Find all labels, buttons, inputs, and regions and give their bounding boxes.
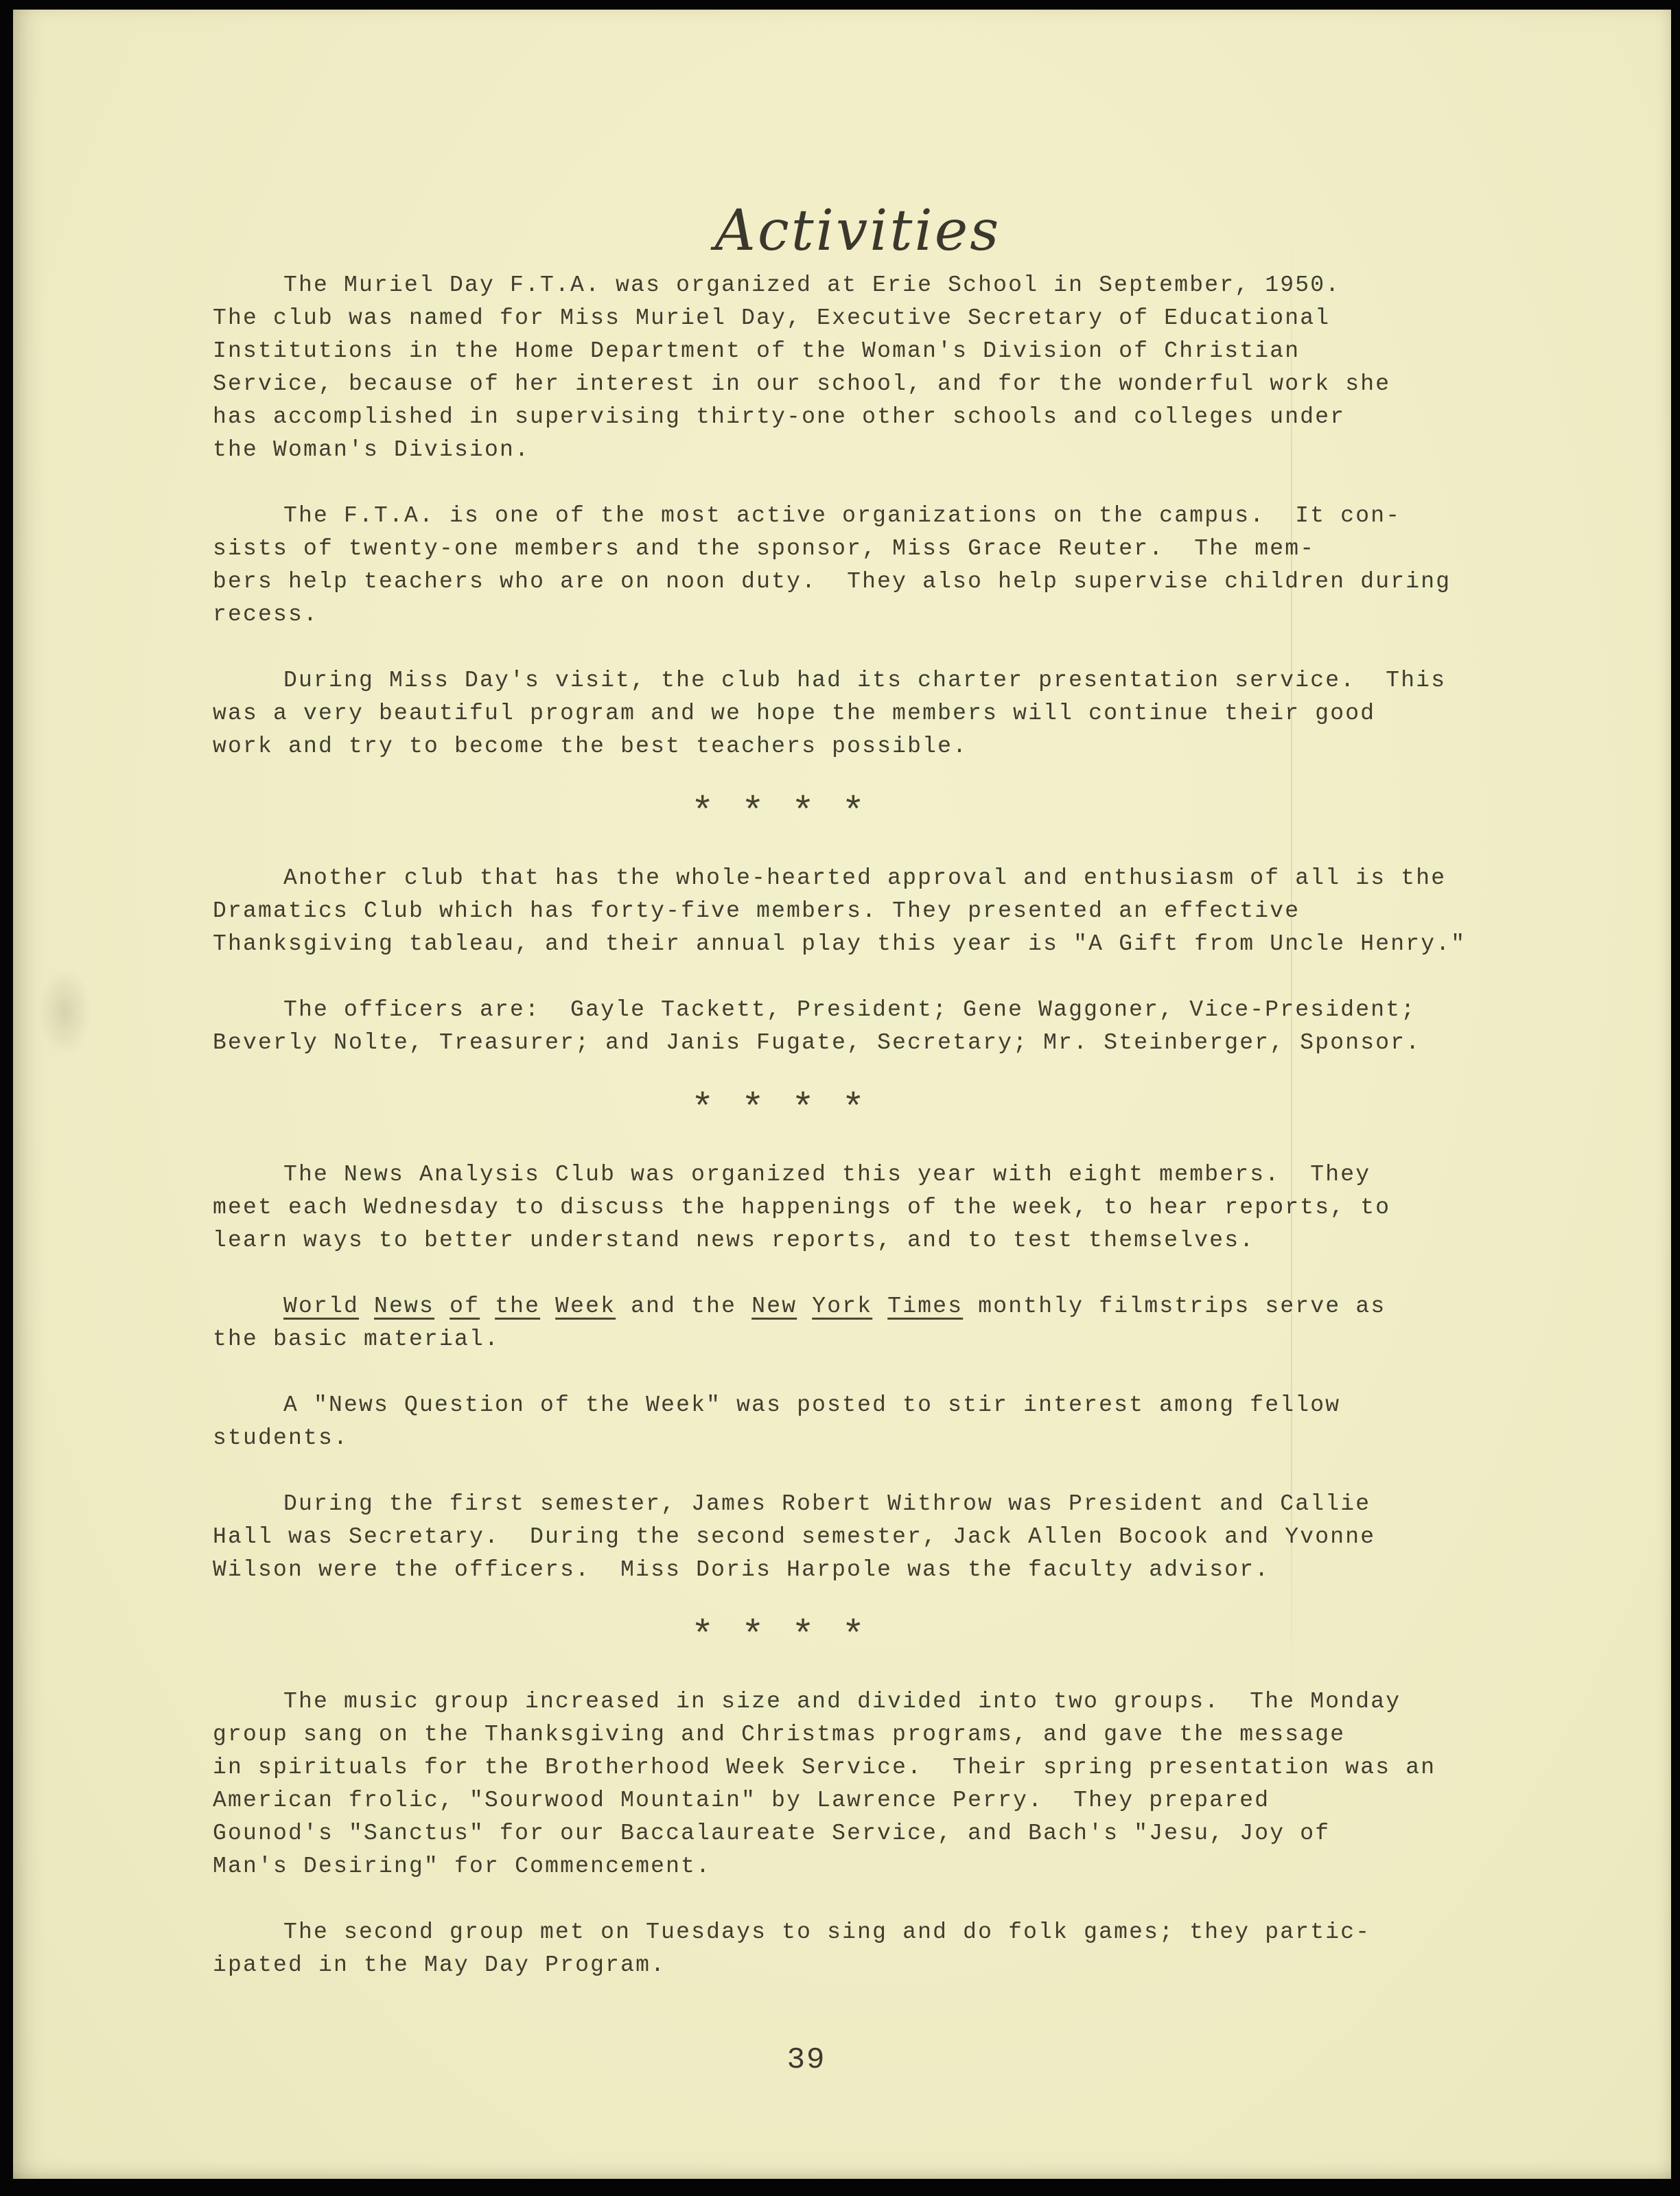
text-run (359, 1294, 374, 1319)
text-run (872, 1294, 887, 1319)
page-body: The Muriel Day F.T.A. was organized at E… (213, 269, 1503, 1982)
page-number: 39 (161, 2044, 1451, 2077)
section-separator: * * * * (134, 796, 1424, 829)
text-run (480, 1294, 495, 1319)
paragraph: World News of the Week and the New York … (213, 1290, 1503, 1356)
section-separator: * * * * (134, 1093, 1424, 1125)
paragraph: The Muriel Day F.T.A. was organized at E… (213, 269, 1503, 467)
paragraph: The officers are: Gayle Tackett, Preside… (213, 994, 1503, 1060)
underlined-text: Week (555, 1294, 616, 1319)
paper-smudge (27, 950, 102, 1073)
paragraph: The News Analysis Club was organized thi… (213, 1158, 1503, 1257)
paragraph: A "News Question of the Week" was posted… (213, 1389, 1503, 1455)
paragraph: The second group met on Tuesdays to sing… (213, 1916, 1503, 1982)
underlined-text: of (450, 1294, 480, 1319)
text-run (797, 1294, 812, 1319)
text-run (434, 1294, 450, 1319)
underlined-text: New (751, 1294, 797, 1319)
text-run: and the (616, 1294, 751, 1319)
paragraph: The music group increased in size and di… (213, 1685, 1503, 1883)
scanned-yearbook-page: Activities The Muriel Day F.T.A. was org… (0, 0, 1680, 2196)
text-column: Activities The Muriel Day F.T.A. was org… (213, 10, 1503, 2077)
page-title: Activities (213, 202, 1503, 261)
text-run: monthly filmstrips serve as (963, 1294, 1386, 1319)
paragraph: During Miss Day's visit, the club had it… (213, 664, 1503, 763)
paragraph: The F.T.A. is one of the most active org… (213, 500, 1503, 631)
text-run: the basic material. (213, 1327, 500, 1352)
paragraph: During the first semester, James Robert … (213, 1488, 1503, 1587)
underlined-text: News (374, 1294, 434, 1319)
section-separator: * * * * (134, 1620, 1424, 1652)
paragraph: Another club that has the whole-hearted … (213, 862, 1503, 961)
underlined-text: Times (887, 1294, 963, 1319)
underlined-text: York (812, 1294, 872, 1319)
underlined-text: World (283, 1294, 359, 1319)
underlined-text: the (495, 1294, 540, 1319)
text-run (540, 1294, 555, 1319)
paper-sheet: Activities The Muriel Day F.T.A. was org… (13, 10, 1671, 2179)
